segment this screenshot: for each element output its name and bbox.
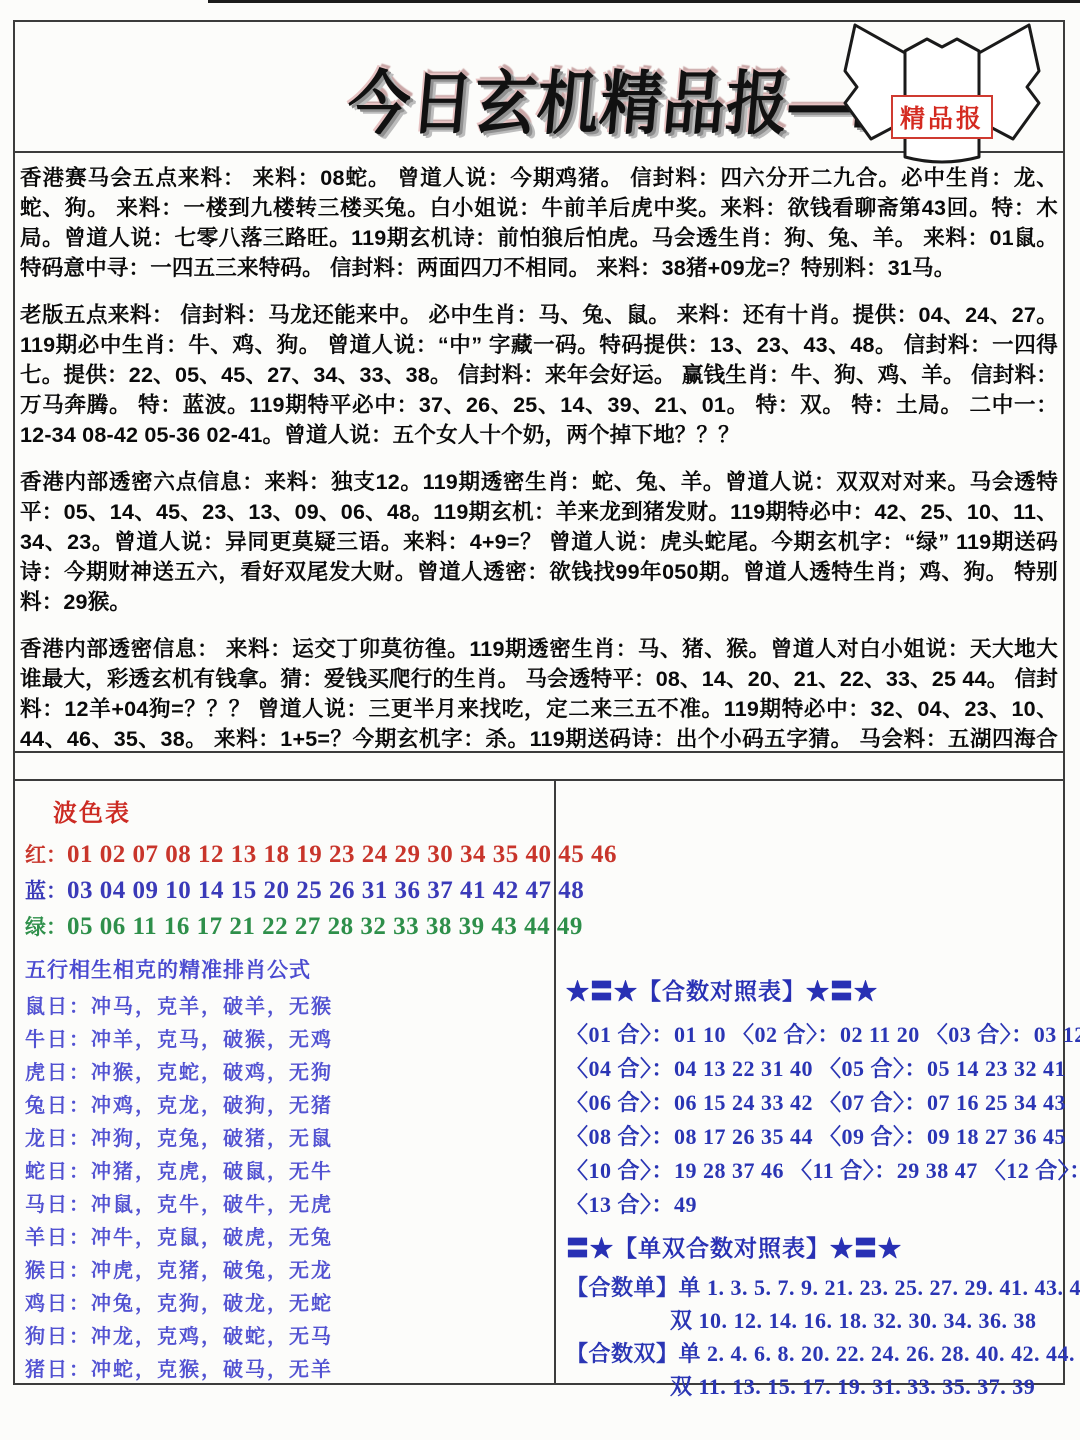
- red-wave-row: 红：01 02 07 08 12 13 18 19 23 24 29 30 34…: [25, 837, 546, 873]
- article-paragraph-3: 香港内部透密六点信息：来料：独支12。119期透密生肖：蛇、兔、羊。曾道人说：双…: [20, 467, 1058, 617]
- header-section: 今日玄机精品报—B 精品报: [13, 20, 1065, 153]
- green-wave-numbers: 05 06 11 16 17 21 22 27 28 32 33 38 39 4…: [67, 913, 583, 940]
- sum-table-row-2: 〈04 合〉：04 13 22 31 40 〈05 合〉：05 14 23 32…: [566, 1052, 1080, 1086]
- ribbon-banner: 精品报: [841, 9, 1043, 175]
- zodiac-day-row-goat: 羊日：冲牛，克鼠，破虎，无兔: [25, 1222, 546, 1255]
- green-wave-label: 绿：: [25, 915, 67, 939]
- zodiac-day-row-pig: 猪日：冲蛇，克猴，破马，无羊: [25, 1354, 546, 1387]
- sum-table-row-6: 〈13 合〉：49: [566, 1188, 1080, 1222]
- color-wave-column: 波色表 红：01 02 07 08 12 13 18 19 23 24 29 3…: [15, 781, 556, 1383]
- zodiac-day-row-rabbit: 兔日：冲鸡，克龙，破狗，无猪: [25, 1090, 546, 1123]
- zodiac-day-row-rat: 鼠日：冲马，克羊，破羊，无猴: [25, 991, 546, 1024]
- blue-wave-numbers: 03 04 09 10 14 15 20 25 26 31 36 37 41 4…: [67, 877, 584, 904]
- sum-table-row-3: 〈06 合〉：06 15 24 33 42 〈07 合〉：07 16 25 34…: [566, 1086, 1080, 1120]
- odd-even-sum-title: 〓★【单双合数对照表】★〓★: [566, 1230, 1080, 1263]
- green-wave-row: 绿：05 06 11 16 17 21 22 27 28 32 33 38 39…: [25, 909, 546, 945]
- sum-even-line-2: 双 11. 13. 15. 17. 19. 31. 33. 35. 37. 39: [566, 1370, 1080, 1403]
- color-wave-title: 波色表: [53, 793, 546, 828]
- zodiac-day-row-dragon: 龙日：冲狗，克兔，破猪，无鼠: [25, 1123, 546, 1156]
- sum-table-title: ★〓★【合数对照表】★〓★: [566, 973, 1080, 1006]
- sum-odd-line-2: 双 10. 12. 14. 16. 18. 32. 30. 34. 36. 38: [566, 1304, 1080, 1337]
- page-frame: 今日玄机精品报—B 精品报 香港赛马会五点来料： 来料：08蛇。 曾道人说：今: [13, 20, 1065, 1385]
- scroll-ribbon-icon: [841, 9, 1043, 175]
- scan-edge-artifact: [208, 0, 1080, 3]
- sum-table-row-1: 〈01 合〉：01 10 〈02 合〉：02 11 20 〈03 合〉：03 1…: [566, 1018, 1080, 1052]
- zodiac-day-row-ox: 牛日：冲羊，克马，破猴，无鸡: [25, 1024, 546, 1057]
- article-paragraph-2: 老版五点来料： 信封料：马龙还能来中。 必中生肖：马、兔、鼠。 来料：还有十肖。…: [20, 300, 1058, 450]
- sum-table-column: ★〓★【合数对照表】★〓★ 〈01 合〉：01 10 〈02 合〉：02 11 …: [556, 781, 1080, 1383]
- zodiac-day-row-tiger: 虎日：冲猴，克蛇，破鸡，无狗: [25, 1057, 546, 1090]
- zodiac-day-row-dog: 狗日：冲龙，克鸡，破蛇，无马: [25, 1321, 546, 1354]
- sum-even-line-1: 【合数双】单 2. 4. 6. 8. 20. 22. 24. 26. 28. 4…: [566, 1337, 1080, 1370]
- sum-table-row-5: 〈10 合〉：19 28 37 46 〈11 合〉：29 38 47 〈12 合…: [566, 1154, 1080, 1188]
- red-wave-label: 红：: [25, 843, 67, 867]
- badge-label: 精品报: [891, 95, 993, 139]
- page-title: 今日玄机精品报—B: [344, 48, 903, 148]
- blue-wave-label: 蓝：: [25, 879, 67, 903]
- article-paragraph-4: 香港内部透密信息： 来料：运交丁卯莫彷徨。119期透密生肖：马、猪、猴。曾道人对…: [20, 634, 1058, 753]
- article-paragraph-1: 香港赛马会五点来料： 来料：08蛇。 曾道人说：今期鸡猪。 信封料：四六分开二九…: [20, 163, 1058, 283]
- sum-table-row-4: 〈08 合〉：08 17 26 35 44 〈09 合〉：09 18 27 36…: [566, 1120, 1080, 1154]
- blue-wave-row: 蓝：03 04 09 10 14 15 20 25 26 31 36 37 41…: [25, 873, 546, 909]
- zodiac-day-row-rooster: 鸡日：冲兔，克狗，破龙，无蛇: [25, 1288, 546, 1321]
- wuxing-formula-title: 五行相生相克的精准排肖公式: [25, 954, 546, 984]
- red-wave-numbers: 01 02 07 08 12 13 18 19 23 24 29 30 34 3…: [67, 841, 617, 868]
- divider-strip: [13, 751, 1065, 781]
- zodiac-day-row-monkey: 猴日：冲虎，克猪，破兔，无龙: [25, 1255, 546, 1288]
- articles-section: 香港赛马会五点来料： 来料：08蛇。 曾道人说：今期鸡猪。 信封料：四六分开二九…: [13, 151, 1065, 753]
- newspaper-page: 今日玄机精品报—B 精品报 香港赛马会五点来料： 来料：08蛇。 曾道人说：今: [0, 0, 1080, 1440]
- sum-odd-line-1: 【合数单】单 1. 3. 5. 7. 9. 21. 23. 25. 27. 29…: [566, 1271, 1080, 1304]
- zodiac-day-row-horse: 马日：冲鼠，克牛，破牛，无虎: [25, 1189, 546, 1222]
- tables-section: 波色表 红：01 02 07 08 12 13 18 19 23 24 29 3…: [13, 779, 1065, 1385]
- zodiac-day-row-snake: 蛇日：冲猪，克虎，破鼠，无牛: [25, 1156, 546, 1189]
